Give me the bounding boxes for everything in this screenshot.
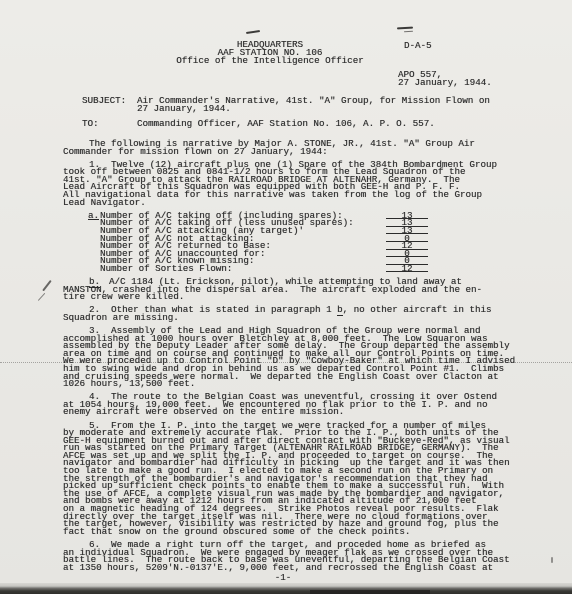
paragraph-4: 4. The route to the Belgian Coast was un… [63,393,535,416]
office-line: Office of the Intelligence Officer [0,57,540,65]
apo-date-block: APO 557, 27 January, 1944. [398,71,492,87]
paragraph-b: b.A/C 1184 (Lt. Erickson, pilot), while … [63,278,535,301]
paragraph-5: 5. From the I. P. into the target we wer… [63,422,535,536]
pencil-mark-icon [551,557,553,563]
table-row-label: Number of Sorties Flown: [100,265,232,273]
date-line: 27 January, 1944. [398,79,492,87]
paragraph-b-text: A/C 1184 (Lt. Erickson, pilot), while at… [63,276,482,302]
pencil-mark-icon [246,30,260,34]
pencil-mark-icon [397,27,413,30]
paragraph-3: 3. Assembly of the Lead and High Squadro… [63,327,535,388]
subject-text: Air Commander's Narrative, 41st. "A" Gro… [137,97,537,112]
pencil-mark-icon [38,293,46,301]
paragraph-2: 2. Other than what is stated in paragrap… [63,306,535,321]
table-row: Number of Sorties Flown:12 [100,265,428,273]
subject-row: SUBJECT: Air Commander's Narrative, 41st… [82,97,537,112]
table-item-letter: a. [88,212,99,221]
subject-label: SUBJECT: [82,97,137,105]
table-row-value: 12 [386,265,428,272]
scanner-edge [0,583,572,594]
to-row: TO: Commanding Officer, AAF Station No. … [82,120,537,128]
page-number: -1- [0,574,566,582]
reference-code: D-A-5 [404,42,432,50]
pencil-mark-icon [404,31,413,33]
pencil-mark-icon [42,280,51,291]
letterhead: HEADQUARTERS AAF STATION NO. 106 Office … [0,41,540,65]
document-page: HEADQUARTERS AAF STATION NO. 106 Office … [0,0,572,594]
paragraph-6: 6. We made a right turn off the target, … [63,541,535,571]
narrative-body: The following is narrative by Major A. S… [63,140,535,577]
aircraft-count-table-rows: Number of A/C taking off (including spar… [100,212,428,273]
aircraft-count-table: a. Number of A/C taking off (including s… [63,212,535,273]
paragraph-1: 1. Twelve (12) aircraft plus one (1) Spa… [63,161,535,207]
to-label: TO: [82,120,137,128]
to-text: Commanding Officer, AAF Station No. 106,… [137,120,537,128]
intro-paragraph: The following is narrative by Major A. S… [63,140,535,155]
